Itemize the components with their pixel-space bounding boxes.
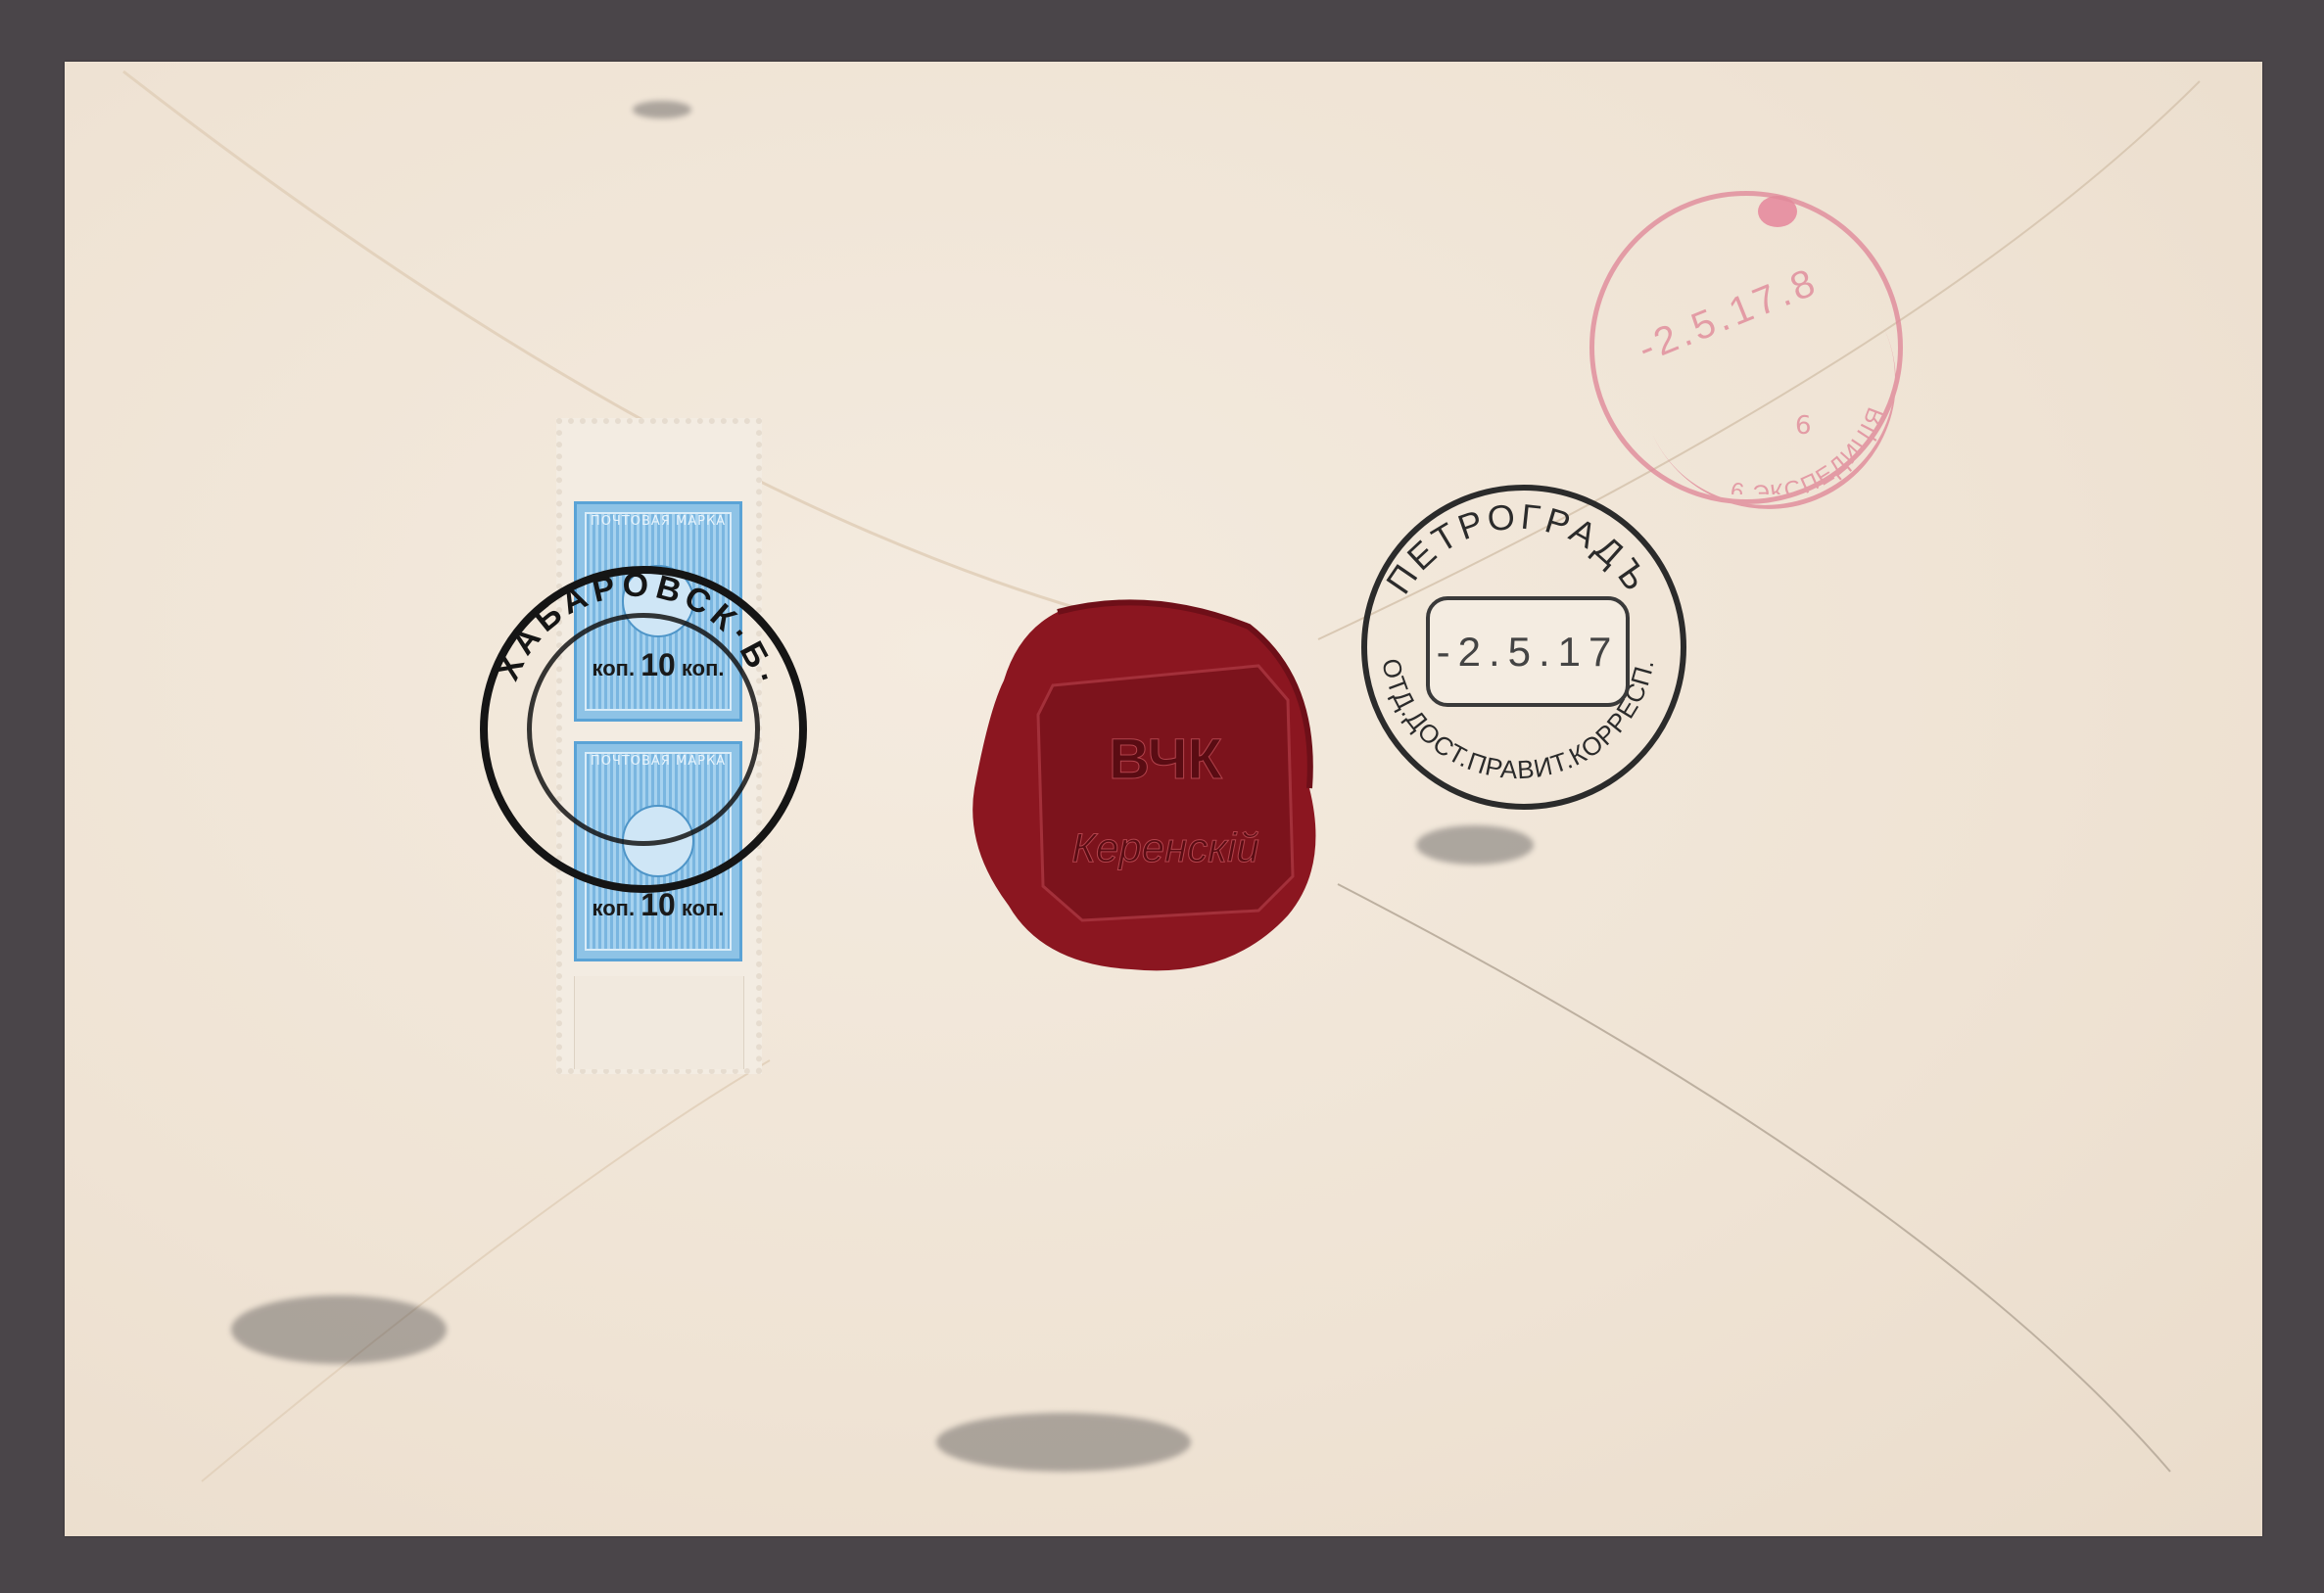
postmark-red-arc-text: 6 ЭКСПЕДИЦІЯ — [1729, 402, 1891, 494]
seal-script: Керенскій — [1071, 824, 1258, 870]
sheet-margin-tab — [574, 976, 744, 1069]
postmark-city: ПЕТРОГРАДЪ — [1378, 495, 1658, 600]
postmark-petrograd: ПЕТРОГРАДЪ ОТД.ДОСТ.ПРАВИТ.КОРРЕСП. -2.5… — [1361, 485, 1686, 810]
ink-smudge — [1416, 825, 1534, 865]
seal-monogram: ВЧК — [1109, 727, 1222, 791]
stamp-label: ПОЧТОВАЯ МАРКА — [577, 514, 739, 529]
ink-smudge — [936, 1413, 1191, 1472]
stamp-overprint: коп. 10 коп. — [583, 887, 734, 923]
postmark-ring-text: ХАБАРОВСК·Б· — [489, 567, 785, 694]
ink-smudge — [633, 101, 691, 118]
postmark-red: -2.5.17.8 6 6 ЭКСПЕДИЦІЯ — [1589, 191, 1903, 504]
svg-text:ПЕТРОГРАДЪ: ПЕТРОГРАДЪ — [1378, 495, 1658, 600]
postmark-left-black: ХАБАРОВСК·Б· — [480, 566, 807, 893]
postmark-date: -2.5.17 — [1426, 596, 1630, 707]
svg-text:ХАБАРОВСК·Б·: ХАБАРОВСК·Б· — [489, 567, 785, 694]
svg-text:6 ЭКСПЕДИЦІЯ: 6 ЭКСПЕДИЦІЯ — [1729, 402, 1891, 494]
ink-smudge — [231, 1295, 447, 1364]
wax-seal: ВЧК Керенскій — [965, 592, 1332, 984]
